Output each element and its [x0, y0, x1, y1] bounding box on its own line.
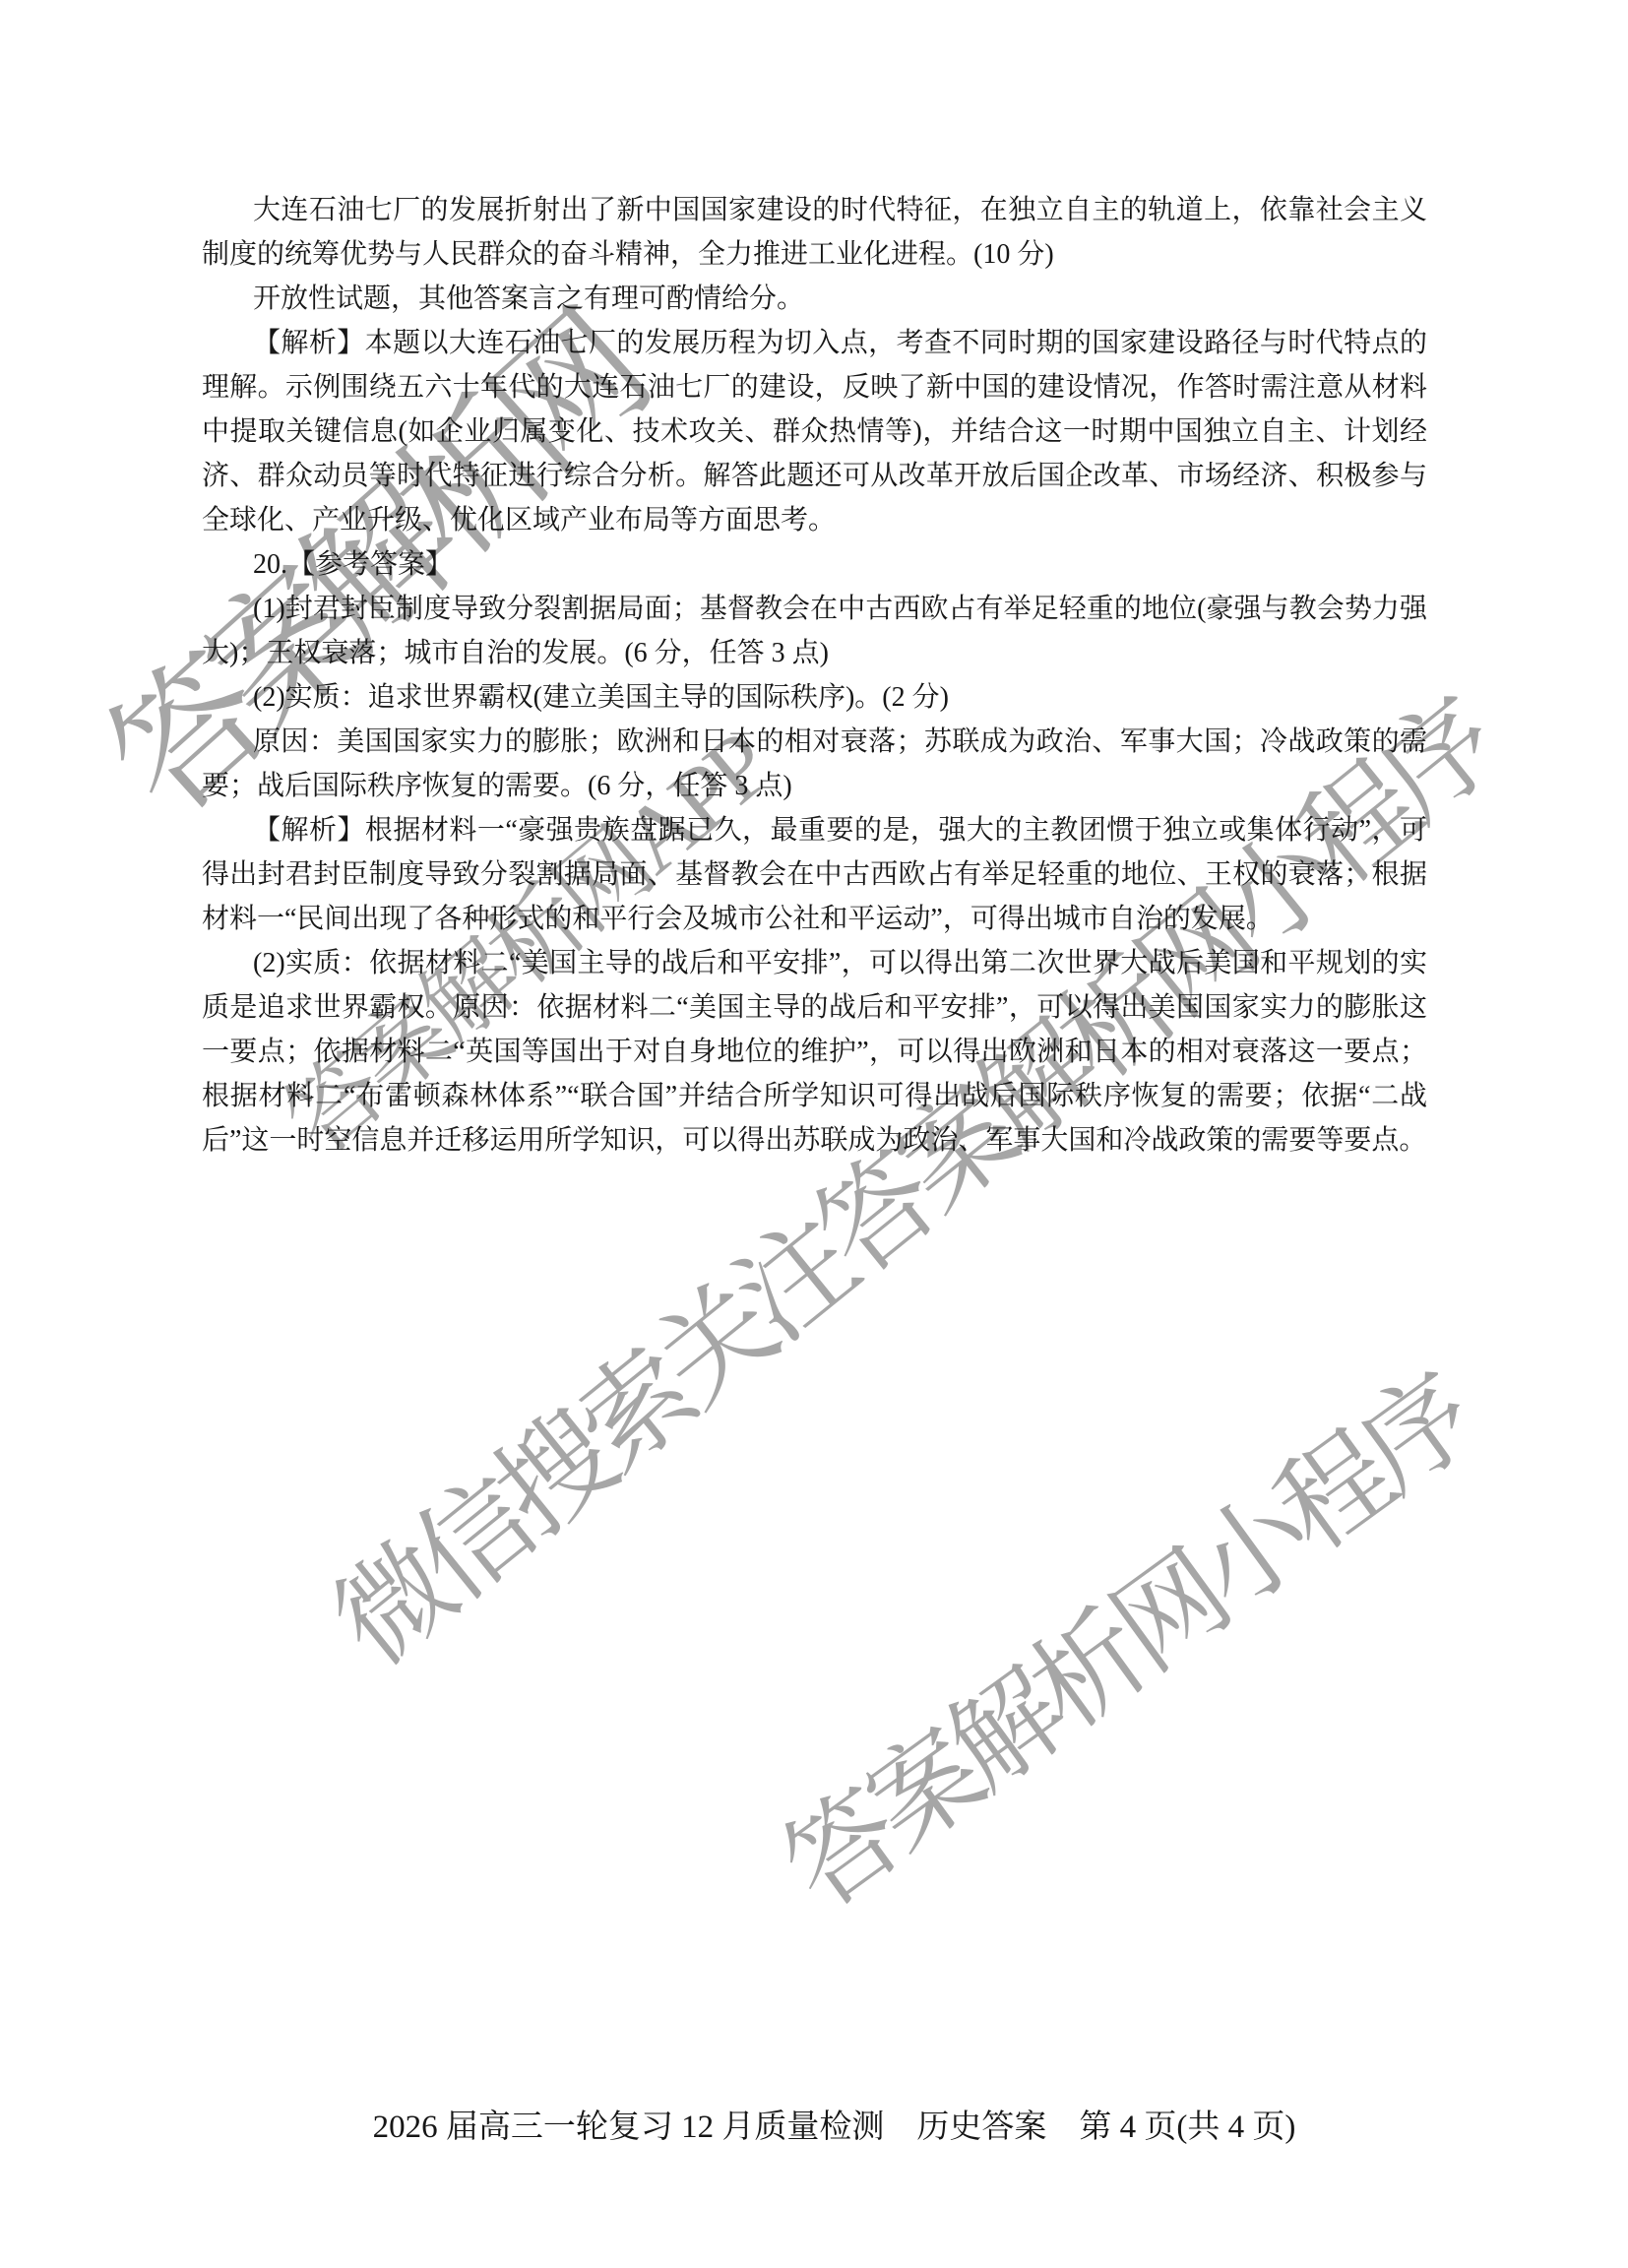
question-20-reference-answer-heading: 20.【参考答案】	[202, 542, 1427, 587]
answer-paragraph-conclusion: 大连石油七厂的发展折射出了新中国国家建设的时代特征，在独立自主的轨道上，依靠社会…	[202, 188, 1427, 277]
page-footer: 2026 届高三一轮复习 12 月质量检测 历史答案 第 4 页(共 4 页)	[202, 2108, 1427, 2147]
answer-paragraph-open-note: 开放性试题，其他答案言之有理可酌情给分。	[202, 277, 1427, 321]
answer-text-block: 大连石油七厂的发展折射出了新中国国家建设的时代特征，在独立自主的轨道上，依靠社会…	[202, 188, 1427, 1163]
watermark-answer-site-miniprogram: 答案解析网小程序	[768, 1361, 1488, 1927]
answer-paragraph-q20-part2-essence: (2)实质：追求世界霸权(建立美国主导的国际秩序)。(2 分)	[202, 675, 1427, 720]
scanned-document-page: 答案解析网 答案解析网APP 微信搜索关注答案解析网小程序 答案解析网小程序 大…	[0, 0, 1628, 2268]
analysis-paragraph-q20-part1: 【解析】根据材料一“豪强贵族盘踞已久，最重要的是，强大的主教团惯于独立或集体行动…	[202, 808, 1427, 941]
analysis-paragraph-q20-part2: (2)实质：依据材料二“美国主导的战后和平安排”，可以得出第二次世界大战后美国和…	[202, 941, 1427, 1163]
answer-paragraph-q20-part1: (1)封君封臣制度导致分裂割据局面；基督教会在中古西欧占有举足轻重的地位(豪强与…	[202, 587, 1427, 675]
answer-paragraph-q20-part2-reasons: 原因：美国国家实力的膨胀；欧洲和日本的相对衰落；苏联成为政治、军事大国；冷战政策…	[202, 720, 1427, 808]
analysis-paragraph-q19: 【解析】本题以大连石油七厂的发展历程为切入点，考查不同时期的国家建设路径与时代特…	[202, 321, 1427, 542]
